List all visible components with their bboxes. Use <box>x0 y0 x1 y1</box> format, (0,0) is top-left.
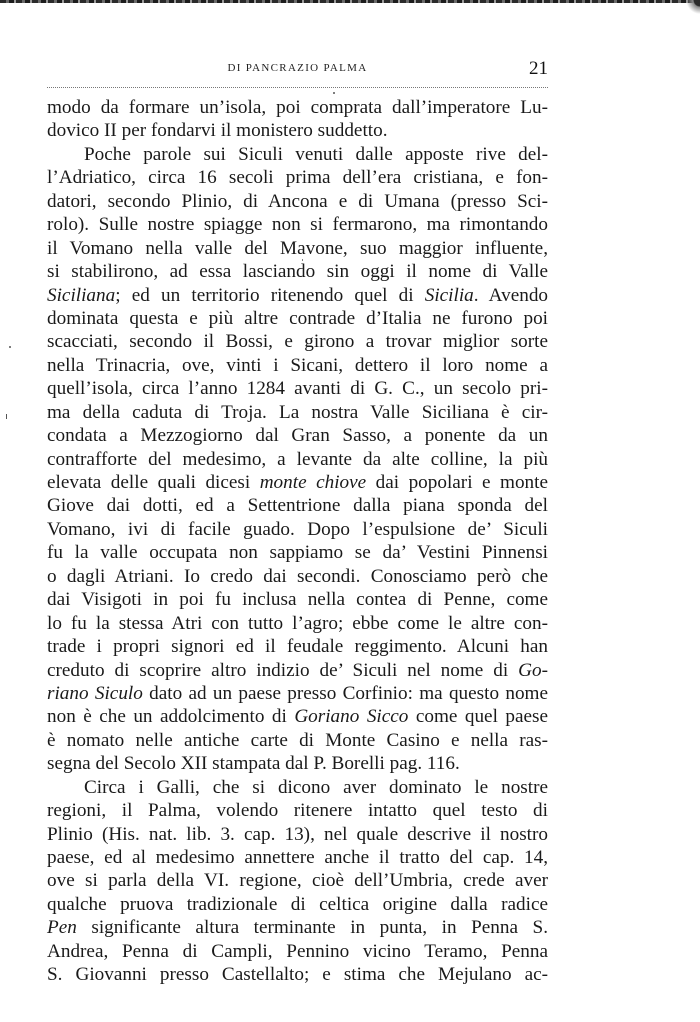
text-segment: modo da formare un’isola, poi comprata d… <box>47 97 548 118</box>
text-line: Giove dai dotti, ed a Settentrione dalla… <box>47 494 548 517</box>
scan-speck <box>302 259 303 261</box>
text-line: Pen significante altura terminante in pu… <box>47 916 548 939</box>
text-line: quell’isola, circa l’anno 1284 avanti di… <box>47 377 548 400</box>
text-line: dominata questa e più altre contrade d’I… <box>47 307 548 330</box>
text-segment: rolo). Sulle nostre spiagge non si ferma… <box>47 214 548 235</box>
text-segment: ; ed un territorio ritenendo quel di <box>115 285 425 306</box>
text-segment: dai popolari e monte <box>366 472 548 493</box>
text-segment: lo fu la stessa Atri con tutto l’agro; e… <box>47 613 548 634</box>
italic-text: Go- <box>518 660 548 681</box>
text-line: si stabilirono, ad essa lasciando sin og… <box>47 260 548 283</box>
text-line: nella Trinacria, ove, vinti i Sicani, de… <box>47 354 548 377</box>
text-segment: fu la valle occupata non sappiamo se da’… <box>47 542 548 563</box>
text-segment: elevata delle quali dicesi <box>47 472 260 493</box>
text-line: dovico II per fondarvi il monistero sudd… <box>47 119 548 142</box>
text-segment: o dagli Atriani. Io credo dai secondi. C… <box>47 566 548 587</box>
text-line: datori, secondo Plinio, di Ancona e di U… <box>47 190 548 213</box>
italic-text: Pen <box>47 917 77 938</box>
text-segment: dominata questa e più altre contrade d’I… <box>47 308 548 329</box>
text-line: segna del Secolo XII stampata dal P. Bor… <box>47 752 548 775</box>
text-segment: quell’isola, circa l’anno 1284 avanti di… <box>47 378 548 399</box>
italic-text: Sicilia <box>425 285 474 306</box>
scan-speck <box>333 92 335 94</box>
text-line: paese, ed al medesimo annettere anche il… <box>47 846 548 869</box>
text-segment: nella Trinacria, ove, vinti i Sicani, de… <box>47 355 548 376</box>
header-rule <box>47 87 548 88</box>
text-segment: non è che un addolcimento di <box>47 706 294 727</box>
text-segment: ove si parla della VI. regione, cioè del… <box>47 870 548 891</box>
text-segment: il Vomano nella valle del Mavone, suo ma… <box>47 238 548 259</box>
text-line: non è che un addolcimento di Goriano Sic… <box>47 705 548 728</box>
text-line: Andrea, Penna di Campli, Pennino vicino … <box>47 940 548 963</box>
text-line: rolo). Sulle nostre spiagge non si ferma… <box>47 213 548 236</box>
text-line: riano Siculo dato ad un paese presso Cor… <box>47 682 548 705</box>
text-line: fu la valle occupata non sappiamo se da’… <box>47 541 548 564</box>
text-line: ove si parla della VI. regione, cioè del… <box>47 869 548 892</box>
text-line: elevata delle quali dicesi monte chiove … <box>47 471 548 494</box>
scan-speck <box>6 414 7 419</box>
text-line: dai Visigoti in poi fu inclusa nella con… <box>47 588 548 611</box>
text-segment: creduto di scoprire altro indizio de’ Si… <box>47 660 518 681</box>
text-segment: Andrea, Penna di Campli, Pennino vicino … <box>47 941 548 962</box>
italic-text: monte chiove <box>260 472 366 493</box>
text-segment: l’Adriatico, circa 16 secoli prima dell’… <box>47 167 548 188</box>
italic-text: riano Siculo <box>47 683 143 704</box>
text-segment: significante altura terminante in punta,… <box>77 917 548 938</box>
text-line: Siciliana; ed un territorio ritenendo qu… <box>47 284 548 307</box>
text-segment: S. Giovanni presso Castellalto; e stima … <box>47 964 548 985</box>
text-segment: segna del Secolo XII stampata dal P. Bor… <box>47 753 460 774</box>
text-segment: dai Visigoti in poi fu inclusa nella con… <box>47 589 548 610</box>
text-line: contrafforte del medesimo, a levante da … <box>47 448 548 471</box>
scan-corner-shadow <box>678 0 700 14</box>
text-segment: Plinio (His. nat. lib. 3. cap. 13), nel … <box>47 824 548 845</box>
text-segment: qualche pruova tradizionale di celtica o… <box>47 894 548 915</box>
text-line: il Vomano nella valle del Mavone, suo ma… <box>47 237 548 260</box>
text-segment: . Avendo <box>474 285 548 306</box>
text-segment: datori, secondo Plinio, di Ancona e di U… <box>47 191 548 212</box>
text-line: Circa i Galli, che si dicono aver domina… <box>47 776 548 799</box>
italic-text: Goriano Sicco <box>294 706 408 727</box>
text-segment: ma della caduta di Troja. La nostra Vall… <box>47 402 548 423</box>
text-segment: come quel paese <box>408 706 548 727</box>
italic-text: Siciliana <box>47 285 115 306</box>
text-segment: Vomano, ivi di facile guado. Dopo l’espu… <box>47 519 548 540</box>
text-segment: Circa i Galli, che si dicono aver domina… <box>84 777 548 798</box>
text-line: qualche pruova tradizionale di celtica o… <box>47 893 548 916</box>
text-segment: paese, ed al medesimo annettere anche il… <box>47 847 548 868</box>
text-line: creduto di scoprire altro indizio de’ Si… <box>47 659 548 682</box>
text-segment: Poche parole sui Siculi venuti dalle app… <box>84 144 548 165</box>
text-line: è nomato nelle antiche carte di Monte Ca… <box>47 729 548 752</box>
text-segment: dovico II per fondarvi il monistero sudd… <box>47 120 388 141</box>
text-segment: dato ad un paese presso Corfinio: ma que… <box>143 683 548 704</box>
text-line: regioni, il Palma, volendo ritenere inta… <box>47 799 548 822</box>
text-line: scacciati, secondo il Bossi, e girono a … <box>47 330 548 353</box>
text-line: o dagli Atriani. Io credo dai secondi. C… <box>47 565 548 588</box>
text-segment: regioni, il Palma, volendo ritenere inta… <box>47 800 548 821</box>
scan-top-edge <box>0 0 700 3</box>
body-text: modo da formare un’isola, poi comprata d… <box>47 96 548 987</box>
text-segment: contrafforte del medesimo, a levante da … <box>47 449 548 470</box>
page-number: 21 <box>529 58 548 80</box>
text-segment: scacciati, secondo il Bossi, e girono a … <box>47 331 548 352</box>
text-line: ma della caduta di Troja. La nostra Vall… <box>47 401 548 424</box>
text-line: l’Adriatico, circa 16 secoli prima dell’… <box>47 166 548 189</box>
text-segment: si stabilirono, ad essa lasciando sin og… <box>47 261 548 282</box>
text-line: condata a Mezzogiorno dal Gran Sasso, a … <box>47 424 548 447</box>
text-segment: condata a Mezzogiorno dal Gran Sasso, a … <box>47 425 548 446</box>
text-segment: è nomato nelle antiche carte di Monte Ca… <box>47 730 548 751</box>
text-line: Vomano, ivi di facile guado. Dopo l’espu… <box>47 518 548 541</box>
scan-speck <box>9 346 11 348</box>
text-line: lo fu la stessa Atri con tutto l’agro; e… <box>47 612 548 635</box>
text-line: Poche parole sui Siculi venuti dalle app… <box>47 143 548 166</box>
text-segment: trade i propri signori ed il feudale reg… <box>47 636 548 657</box>
text-segment: Giove dai dotti, ed a Settentrione dalla… <box>47 495 548 516</box>
running-head: DI PANCRAZIO PALMA 21 <box>47 58 548 80</box>
text-line: modo da formare un’isola, poi comprata d… <box>47 96 548 119</box>
running-title: DI PANCRAZIO PALMA <box>47 62 548 74</box>
text-line: Plinio (His. nat. lib. 3. cap. 13), nel … <box>47 823 548 846</box>
text-line: trade i propri signori ed il feudale reg… <box>47 635 548 658</box>
text-line: S. Giovanni presso Castellalto; e stima … <box>47 963 548 986</box>
